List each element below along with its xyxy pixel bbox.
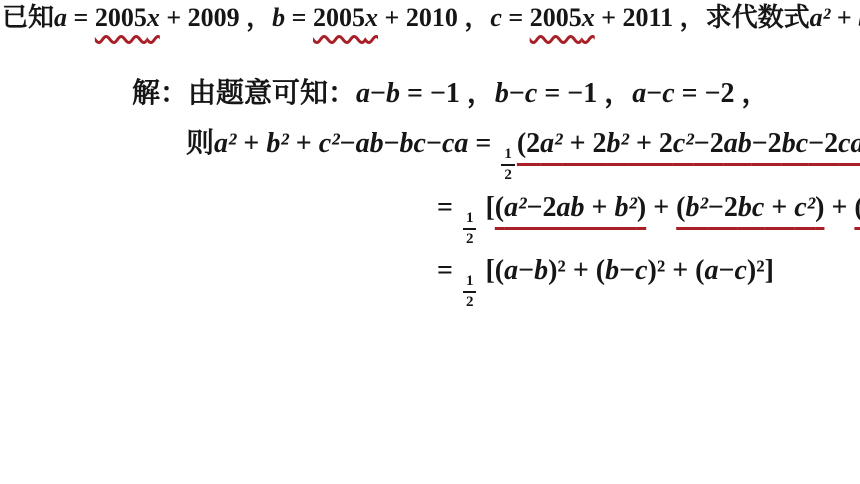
solution-keyword: 解：由题意可知： <box>132 77 356 108</box>
math-text: −2 <box>527 192 557 223</box>
math-text: 2005 <box>313 3 365 32</box>
math-variable: bc <box>738 192 764 223</box>
solution-intro-line: 解：由题意可知：a−b = −1 ，b−c = −1 ，a−c = −2 ， <box>132 76 770 110</box>
math-variable: c <box>525 78 537 109</box>
math-text: + 2011 ， <box>595 3 706 32</box>
fraction: 12 <box>501 147 515 183</box>
red-wavy-underline-b-coef: 2005x <box>313 3 378 32</box>
math-variable: b <box>495 78 509 109</box>
problem-statement-line: 已知a = 2005x + 2009 ，b = 2005x + 2010 ，c … <box>2 2 860 34</box>
math-text: − <box>619 255 635 286</box>
math-text: = −2 ， <box>675 78 770 109</box>
math-lesson-frame: 已知a = 2005x + 2009 ，b = 2005x + 2010 ，c … <box>0 0 860 484</box>
fraction-denominator: 2 <box>463 291 477 310</box>
red-underline-square-3: (a²−2ac <box>854 192 860 223</box>
fraction-numerator: 1 <box>501 147 515 164</box>
fraction-denominator: 2 <box>501 164 515 183</box>
math-variable: x <box>365 3 378 32</box>
math-text: )² + ( <box>648 255 705 286</box>
math-text: = <box>285 3 313 32</box>
math-variable: x <box>582 3 595 32</box>
math-text: + 2 <box>629 128 673 159</box>
math-text: = <box>502 3 530 32</box>
red-underline-square-1: (a²−2ab + b²) <box>495 192 646 223</box>
find-expression-keyword: 求代数式 <box>706 2 810 32</box>
math-variable: ca <box>838 128 860 159</box>
red-wavy-underline-a-coef: 2005x <box>95 3 160 32</box>
math-variable: b² <box>266 128 288 159</box>
math-text: = <box>67 3 95 32</box>
math-text: − <box>340 128 356 159</box>
math-variable: c² <box>319 128 340 159</box>
math-text: −2 <box>752 128 782 159</box>
math-variable: a <box>705 255 719 286</box>
math-text: − <box>518 255 534 286</box>
math-text: (2 <box>517 128 540 159</box>
math-text: + <box>289 128 319 159</box>
math-text: 2005 <box>530 3 582 32</box>
math-variable: c² <box>673 128 694 159</box>
red-wavy-underline-c-coef: 2005x <box>530 3 595 32</box>
math-variable: b² <box>614 192 636 223</box>
math-text: ( <box>854 192 860 223</box>
fraction-numerator: 1 <box>463 211 477 228</box>
math-variable: a <box>632 78 646 109</box>
math-text: − <box>370 78 386 109</box>
math-text: = −1 ， <box>400 78 495 109</box>
math-variable: ab <box>724 128 752 159</box>
then-keyword: 则 <box>186 127 214 158</box>
math-text: )² + ( <box>548 255 605 286</box>
math-variable: c <box>490 3 502 32</box>
math-variable: b <box>272 3 285 32</box>
math-text: − <box>426 128 442 159</box>
math-text: − <box>646 78 662 109</box>
math-variable: a² <box>504 192 526 223</box>
math-text: − <box>509 78 525 109</box>
math-text: + <box>764 192 794 223</box>
math-variable: b² <box>607 128 629 159</box>
solution-step-3-line: = 12 [(a−b)² + (b−c)² + (a−c)²] <box>437 254 774 310</box>
math-variable: b² <box>686 192 708 223</box>
math-text: )²] <box>747 255 774 286</box>
math-variable: bc <box>782 128 808 159</box>
math-text: [ <box>478 192 494 223</box>
math-text: − <box>719 255 735 286</box>
math-text: + <box>585 192 615 223</box>
red-underline-square-2: (b²−2bc + c²) <box>676 192 824 223</box>
math-text: ) <box>637 192 646 223</box>
math-text: = −1 ， <box>537 78 632 109</box>
math-variable: c <box>734 255 746 286</box>
math-variable: b <box>386 78 400 109</box>
math-text: ( <box>676 192 685 223</box>
math-variable: a <box>504 255 518 286</box>
math-variable: x <box>147 3 160 32</box>
math-text: + <box>646 192 676 223</box>
math-variable: a <box>54 3 67 32</box>
fraction-denominator: 2 <box>463 228 477 247</box>
math-text: + 2009 ， <box>160 3 272 32</box>
math-variable: c <box>662 78 674 109</box>
math-text: = <box>437 255 460 286</box>
math-text: + 2 <box>563 128 607 159</box>
math-variable: bc <box>400 128 426 159</box>
math-variable: c² <box>794 192 815 223</box>
math-text: = <box>437 192 460 223</box>
math-text: −2 <box>808 128 838 159</box>
math-text: ( <box>495 192 504 223</box>
math-text: − <box>384 128 400 159</box>
fraction-numerator: 1 <box>463 274 477 291</box>
solution-step-1-line: 则a² + b² + c²−ab−bc−ca = 12(2a² + 2b² + … <box>186 126 860 183</box>
math-variable: b <box>605 255 619 286</box>
math-text: = <box>468 128 498 159</box>
math-variable: ab <box>557 192 585 223</box>
math-variable: ca <box>442 128 468 159</box>
math-variable: a² <box>214 128 236 159</box>
red-underline-doubled-expression: (2a² + 2b² + 2c²−2ab−2bc−2ca) <box>517 128 860 159</box>
math-variable: a² <box>540 128 562 159</box>
math-text: 2005 <box>95 3 147 32</box>
math-variable: a² <box>810 3 831 32</box>
given-keyword: 已知 <box>2 2 54 32</box>
math-variable: c <box>635 255 647 286</box>
solution-step-2-line: = 12 [(a²−2ab + b²) + (b²−2bc + c²) + (a… <box>437 191 860 247</box>
fraction: 12 <box>463 211 477 247</box>
math-variable: b <box>534 255 548 286</box>
fraction: 12 <box>463 274 477 310</box>
math-variable: ab <box>356 128 384 159</box>
math-text: + <box>824 192 854 223</box>
math-text: + 2010 ， <box>378 3 490 32</box>
math-text: + <box>236 128 266 159</box>
math-text: [( <box>478 255 504 286</box>
math-variable: a <box>356 78 370 109</box>
math-text: −2 <box>708 192 738 223</box>
math-text: −2 <box>694 128 724 159</box>
math-text: + <box>830 3 858 32</box>
